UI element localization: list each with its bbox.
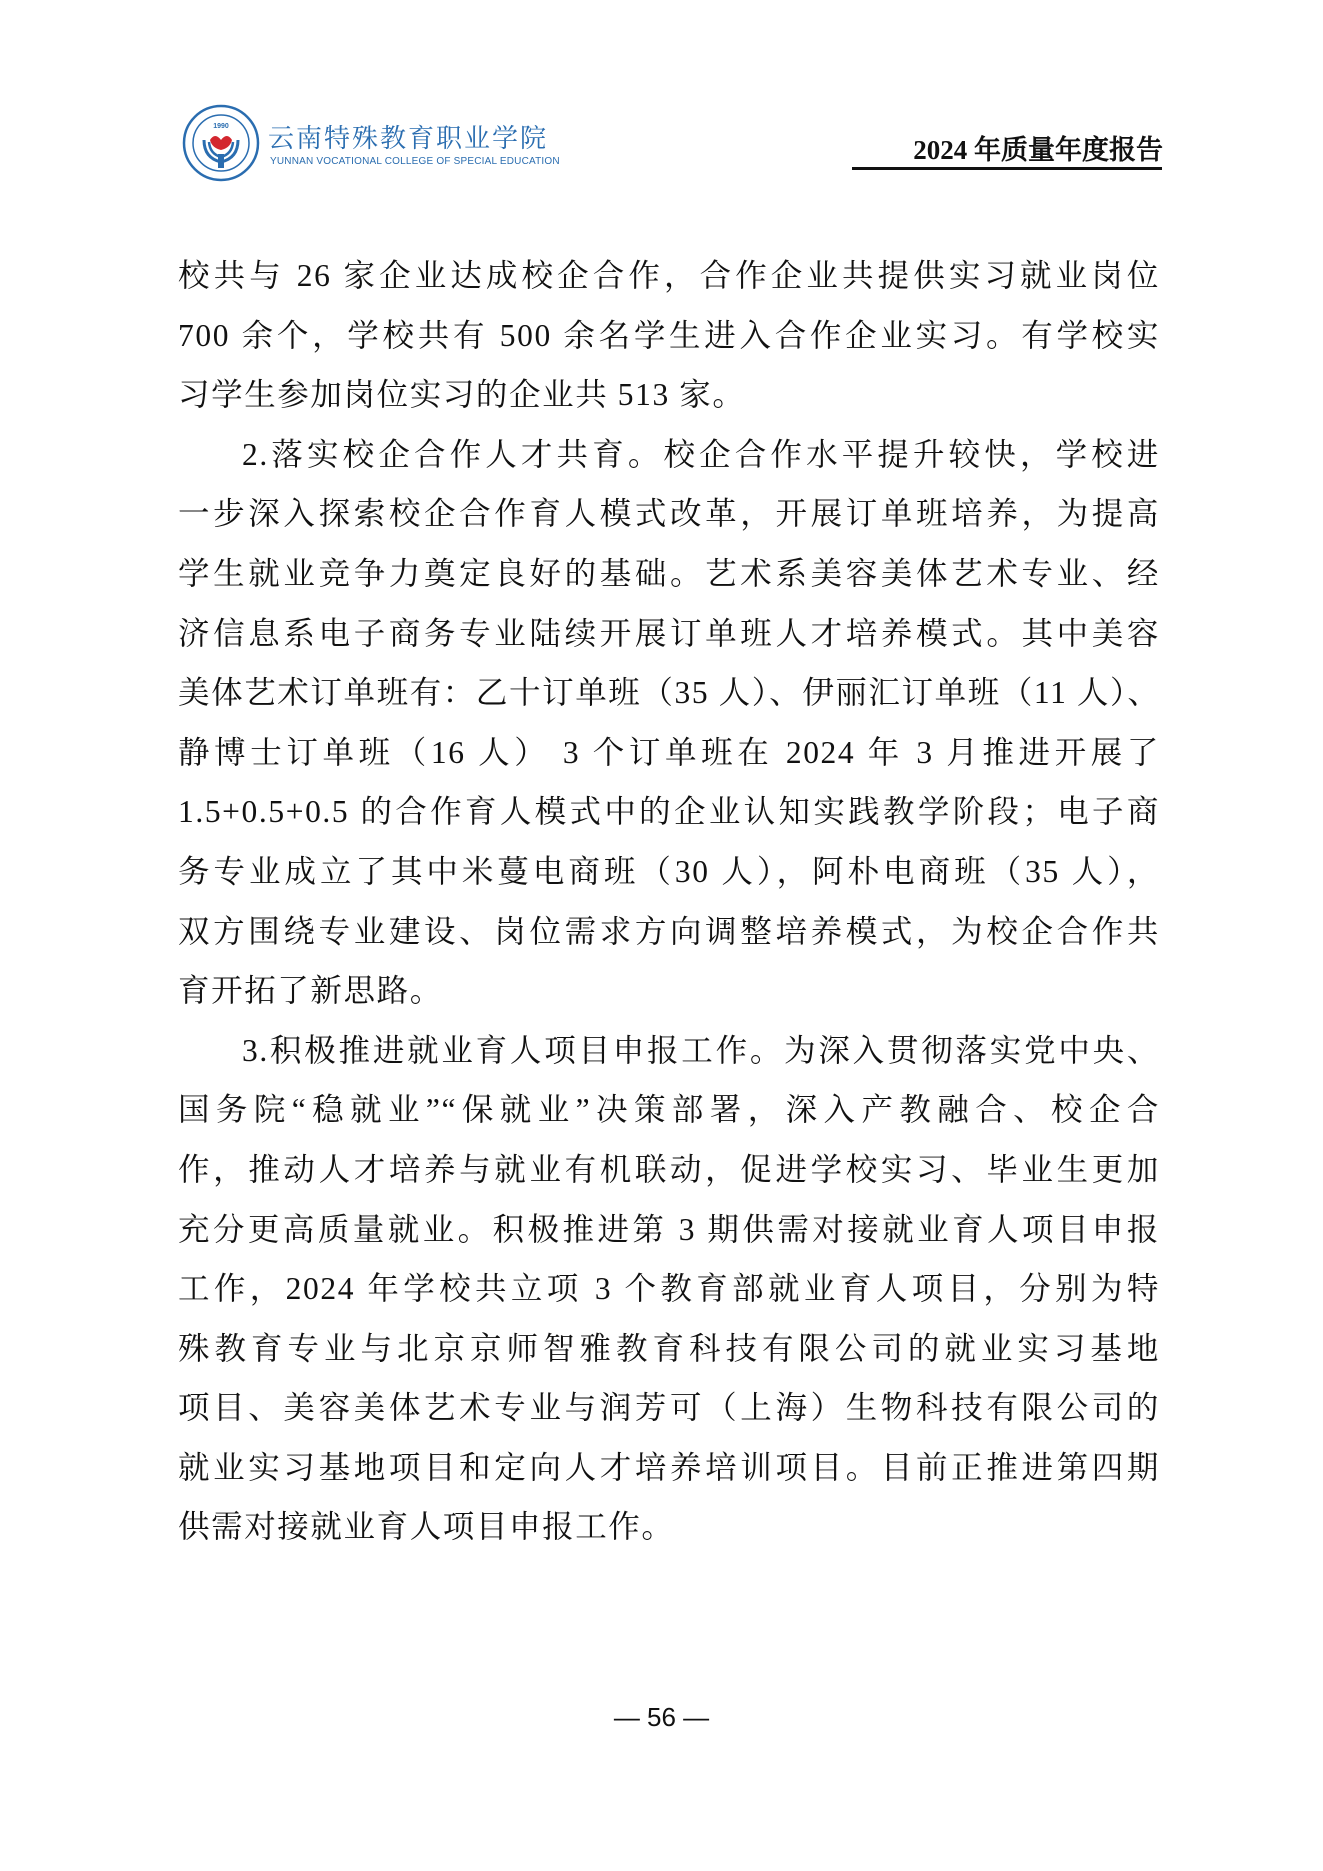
text-line: 静博士订单班（16 人） 3 个订单班在 2024 年 3 月推进开展了 xyxy=(178,723,1160,783)
text-line: 习学生参加岗位实习的企业共 513 家。 xyxy=(178,365,1160,425)
text-line: 殊教育专业与北京京师智雅教育科技有限公司的就业实习基地 xyxy=(178,1319,1160,1379)
text-line: 务专业成立了其中米蔓电商班（30 人），阿朴电商班（35 人）， xyxy=(178,842,1160,902)
text-line: 国务院“稳就业”“保就业”决策部署，深入产教融合、校企合 xyxy=(178,1080,1160,1140)
text-line: 3.积极推进就业育人项目申报工作。为深入贯彻落实党中央、 xyxy=(178,1021,1160,1081)
college-name-cn: 云南特殊教育职业学院 xyxy=(268,118,548,155)
page-number: — 56 — xyxy=(0,1702,1323,1733)
page-header: 1990 云南特殊教育职业学院 YUNNAN VOCATIONAL COLLEG… xyxy=(0,0,1323,200)
text-line: 学生就业竞争力奠定良好的基础。艺术系美容美体艺术专业、经 xyxy=(178,544,1160,604)
text-line: 双方围绕专业建设、岗位需求方向调整培养模式，为校企合作共 xyxy=(178,902,1160,962)
text-line: 一步深入探索校企合作育人模式改革，开展订单班培养，为提高 xyxy=(178,484,1160,544)
text-line: 700 余个，学校共有 500 余名学生进入合作企业实习。有学校实 xyxy=(178,306,1160,366)
text-line: 济信息系电子商务专业陆续开展订单班人才培养模式。其中美容 xyxy=(178,604,1160,664)
text-line: 项目、美容美体艺术专业与润芳可（上海）生物科技有限公司的 xyxy=(178,1378,1160,1438)
body-text: 校共与 26 家企业达成校企合作，合作企业共提供实习就业岗位 700 余个，学校… xyxy=(178,246,1160,1557)
paragraph-cooperation-stats: 校共与 26 家企业达成校企合作，合作企业共提供实习就业岗位 700 余个，学校… xyxy=(178,246,1160,425)
text-line: 2.落实校企合作人才共育。校企合作水平提升较快，学校进 xyxy=(178,425,1160,485)
text-line: 供需对接就业育人项目申报工作。 xyxy=(178,1497,1160,1557)
paragraph-employment-projects: 3.积极推进就业育人项目申报工作。为深入贯彻落实党中央、 国务院“稳就业”“保就… xyxy=(178,1021,1160,1557)
college-logo: 1990 云南特殊教育职业学院 YUNNAN VOCATIONAL COLLEG… xyxy=(182,104,472,184)
text-line: 就业实习基地项目和定向人才培养培训项目。目前正推进第四期 xyxy=(178,1438,1160,1498)
header-divider xyxy=(852,167,1162,170)
text-line: 育开拓了新思路。 xyxy=(178,961,1160,1021)
college-seal-icon: 1990 xyxy=(182,104,260,182)
paragraph-talent-cultivation: 2.落实校企合作人才共育。校企合作水平提升较快，学校进 一步深入探索校企合作育人… xyxy=(178,425,1160,1021)
text-line: 校共与 26 家企业达成校企合作，合作企业共提供实习就业岗位 xyxy=(178,246,1160,306)
text-line: 1.5+0.5+0.5 的合作育人模式中的企业认知实践教学阶段；电子商 xyxy=(178,782,1160,842)
svg-text:1990: 1990 xyxy=(213,123,229,130)
college-name-en: YUNNAN VOCATIONAL COLLEGE OF SPECIAL EDU… xyxy=(270,156,560,167)
text-line: 工作，2024 年学校共立项 3 个教育部就业育人项目，分别为特 xyxy=(178,1259,1160,1319)
text-line: 美体艺术订单班有：乙十订单班（35 人）、伊丽汇订单班（11 人）、 xyxy=(178,663,1160,723)
text-line: 充分更高质量就业。积极推进第 3 期供需对接就业育人项目申报 xyxy=(178,1200,1160,1260)
report-title: 2024 年质量年度报告 xyxy=(913,128,1163,167)
text-line: 作，推动人才培养与就业有机联动，促进学校实习、毕业生更加 xyxy=(178,1140,1160,1200)
